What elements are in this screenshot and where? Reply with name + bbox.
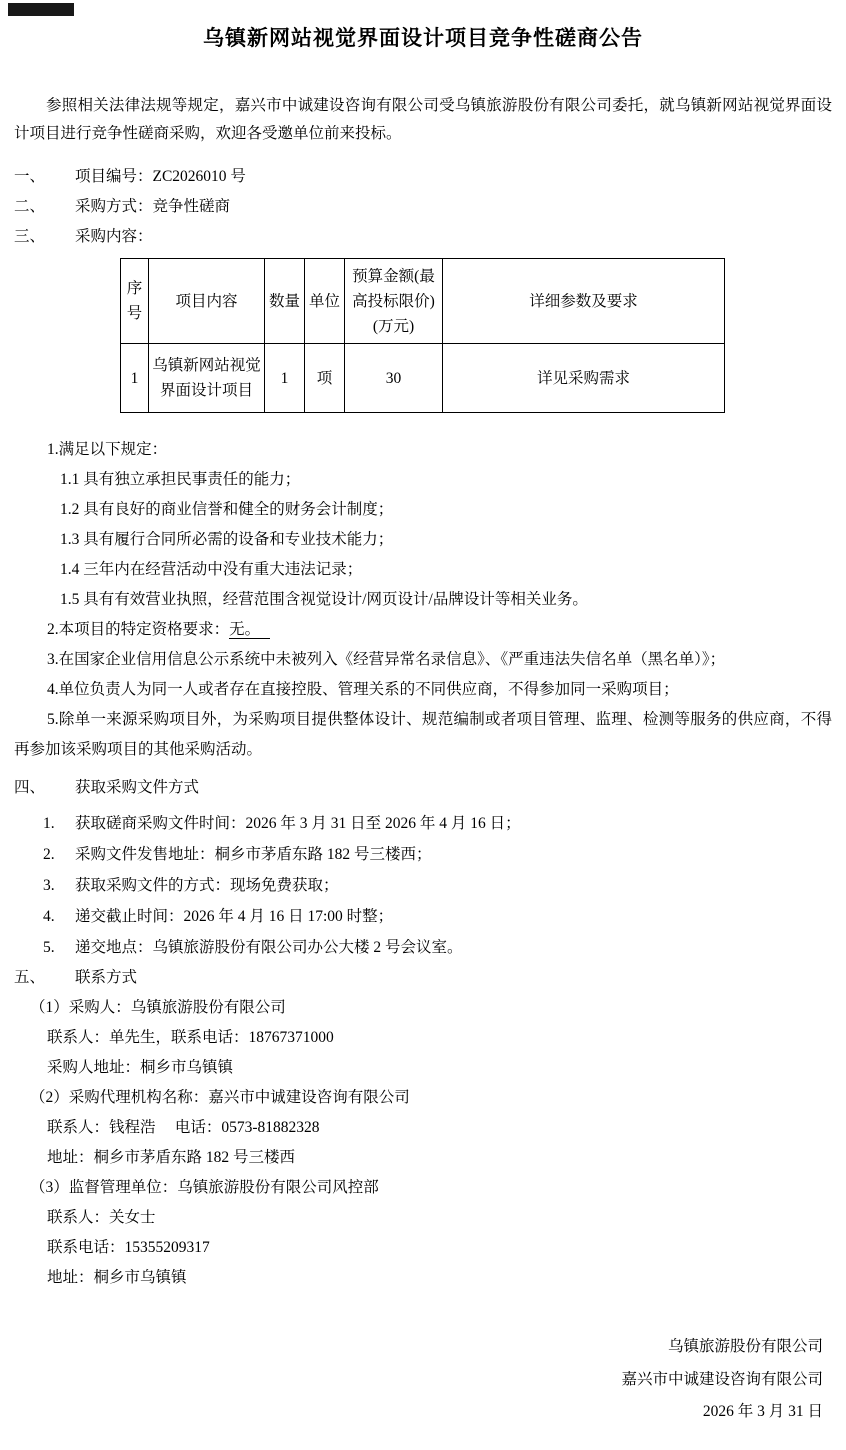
contact-group-3-title: （3）监督管理单位：乌镇旅游股份有限公司风控部	[30, 1173, 832, 1203]
qualification-item-5: 5.除单一来源采购项目外，为采购项目提供整体设计、规范编制或者项目管理、监理、检…	[14, 705, 832, 765]
section-label: 采购方式：竞争性磋商	[75, 198, 230, 215]
qualification-lead: 1.满足以下规定：	[47, 435, 832, 465]
qualification-requirements: 1.满足以下规定： 1.1 具有独立承担民事责任的能力； 1.2 具有良好的商业…	[14, 435, 832, 765]
section-number: 三、	[14, 222, 75, 252]
acquisition-item-1: 1.获取磋商采购文件时间：2026 年 3 月 31 日至 2026 年 4 月…	[43, 808, 832, 839]
acquisition-item-3: 3.获取采购文件的方式：现场免费获取；	[43, 870, 832, 901]
section-label: 采购内容：	[75, 228, 153, 245]
redaction-box	[8, 3, 74, 16]
intro-paragraph: 参照相关法律法规等规定，嘉兴市中诚建设咨询有限公司受乌镇旅游股份有限公司委托，就…	[14, 92, 832, 148]
contact-3-person: 联系人：关女士	[47, 1203, 832, 1233]
qualification-sub-item: 1.2 具有良好的商业信誉和健全的财务会计制度；	[60, 495, 832, 525]
qualification-item-3: 3.在国家企业信用信息公示系统中未被列入《经营异常名录信息》、《严重违法失信名单…	[47, 645, 832, 675]
section-number: 二、	[14, 192, 75, 222]
qualification-sub-item: 1.3 具有履行合同所必需的设备和专业技术能力；	[60, 525, 832, 555]
section-heading-procurement-method: 二、采购方式：竞争性磋商	[14, 192, 832, 222]
section-label: 获取采购文件方式	[75, 779, 199, 796]
contact-group-1-title: （1）采购人：乌镇旅游股份有限公司	[30, 993, 832, 1023]
footer-date: 2026 年 3 月 31 日	[14, 1396, 823, 1429]
table-header-row: 序号 项目内容 数量 单位 预算金额(最高投标限价)(万元) 详细参数及要求	[121, 259, 725, 344]
contact-2-address: 地址：桐乡市茅盾东路 182 号三楼西	[47, 1143, 832, 1173]
qualification-item-2: 2.本项目的特定资格要求：无。	[47, 615, 832, 645]
list-number: 1.	[43, 808, 75, 839]
qualification-sub-item: 1.4 三年内在经营活动中没有重大违法记录；	[60, 555, 832, 585]
qualification-item-2-value: 无。	[229, 621, 270, 639]
list-number: 2.	[43, 839, 75, 870]
section-label: 联系方式	[75, 969, 137, 986]
cell-content: 乌镇新网站视觉界面设计项目	[149, 344, 265, 413]
signature-block: 乌镇旅游股份有限公司 嘉兴市中诚建设咨询有限公司 2026 年 3 月 31 日	[14, 1331, 823, 1429]
acquisition-list: 1.获取磋商采购文件时间：2026 年 3 月 31 日至 2026 年 4 月…	[14, 808, 832, 963]
section-label: 项目编号：ZC2026010 号	[75, 168, 246, 185]
section-number: 四、	[14, 773, 75, 803]
section-heading-document-acquisition: 四、获取采购文件方式	[14, 773, 832, 803]
acquisition-item-5: 5.递交地点：乌镇旅游股份有限公司办公大楼 2 号会议室。	[43, 932, 832, 963]
contact-group-2-title: （2）采购代理机构名称：嘉兴市中诚建设咨询有限公司	[30, 1083, 832, 1113]
contact-2-person: 联系人：钱程浩 电话：0573-81882328	[47, 1113, 832, 1143]
qualification-item-2-prefix: 2.本项目的特定资格要求：	[47, 621, 229, 638]
contact-1-person: 联系人：单先生，联系电话：18767371000	[47, 1023, 832, 1053]
qualification-sub-item: 1.5 具有有效营业执照，经营范围含视觉设计/网页设计/品牌设计等相关业务。	[60, 585, 832, 615]
list-text: 获取采购文件的方式：现场免费获取；	[75, 877, 339, 894]
list-text: 递交截止时间：2026 年 4 月 16 日 17:00 时整；	[75, 908, 393, 925]
acquisition-item-2: 2.采购文件发售地址：桐乡市茅盾东路 182 号三楼西；	[43, 839, 832, 870]
cell-budget: 30	[345, 344, 443, 413]
list-text: 递交地点：乌镇旅游股份有限公司办公大楼 2 号会议室。	[75, 939, 463, 956]
cell-qty: 1	[265, 344, 305, 413]
section-number: 五、	[14, 963, 75, 993]
document-page: 乌镇新网站视觉界面设计项目竞争性磋商公告 参照相关法律法规等规定，嘉兴市中诚建设…	[0, 0, 846, 1429]
header-cell-qty: 数量	[265, 259, 305, 344]
list-text: 采购文件发售地址：桐乡市茅盾东路 182 号三楼西；	[75, 846, 432, 863]
footer-purchaser-name: 乌镇旅游股份有限公司	[14, 1331, 823, 1364]
procurement-items-table: 序号 项目内容 数量 单位 预算金额(最高投标限价)(万元) 详细参数及要求 1…	[120, 258, 725, 413]
contacts-block: （1）采购人：乌镇旅游股份有限公司 联系人：单先生，联系电话：187673710…	[14, 993, 832, 1293]
qualification-item-4: 4.单位负责人为同一人或者存在直接控股、管理关系的不同供应商，不得参加同一采购项…	[47, 675, 832, 705]
contact-3-phone: 联系电话：15355209317	[47, 1233, 832, 1263]
list-text: 获取磋商采购文件时间：2026 年 3 月 31 日至 2026 年 4 月 1…	[75, 815, 521, 832]
cell-seq: 1	[121, 344, 149, 413]
section-heading-procurement-content: 三、采购内容：	[14, 222, 832, 252]
contact-3-address: 地址：桐乡市乌镇镇	[47, 1263, 832, 1293]
header-cell-params: 详细参数及要求	[443, 259, 725, 344]
qualification-sub-item: 1.1 具有独立承担民事责任的能力；	[60, 465, 832, 495]
section-heading-contact-info: 五、联系方式	[14, 963, 832, 993]
page-title: 乌镇新网站视觉界面设计项目竞争性磋商公告	[14, 0, 832, 52]
header-cell-content: 项目内容	[149, 259, 265, 344]
acquisition-item-4: 4.递交截止时间：2026 年 4 月 16 日 17:00 时整；	[43, 901, 832, 932]
list-number: 4.	[43, 901, 75, 932]
header-cell-unit: 单位	[305, 259, 345, 344]
list-number: 3.	[43, 870, 75, 901]
list-number: 5.	[43, 932, 75, 963]
header-cell-budget: 预算金额(最高投标限价)(万元)	[345, 259, 443, 344]
footer-agency-name: 嘉兴市中诚建设咨询有限公司	[14, 1364, 823, 1397]
cell-params: 详见采购需求	[443, 344, 725, 413]
contact-1-address: 采购人地址：桐乡市乌镇镇	[47, 1053, 832, 1083]
section-heading-project-number: 一、项目编号：ZC2026010 号	[14, 162, 832, 192]
cell-unit: 项	[305, 344, 345, 413]
header-cell-seq: 序号	[121, 259, 149, 344]
section-number: 一、	[14, 162, 75, 192]
table-row: 1 乌镇新网站视觉界面设计项目 1 项 30 详见采购需求	[121, 344, 725, 413]
